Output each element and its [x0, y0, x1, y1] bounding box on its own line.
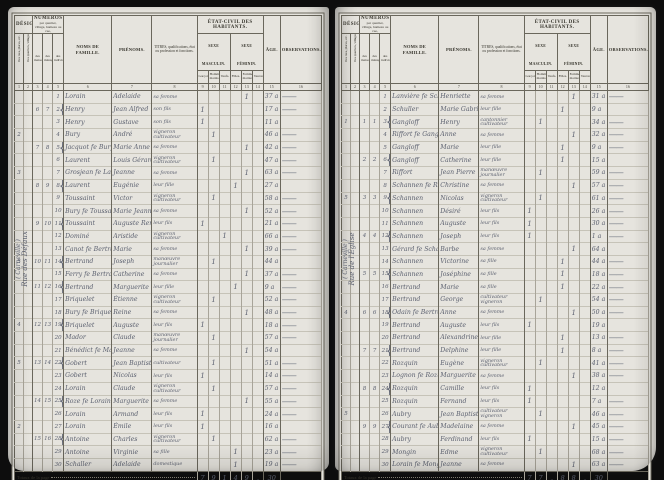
header-maisons: des maisons. [33, 34, 43, 84]
household-brace: { [59, 217, 64, 230]
cell-mark-veuves [252, 382, 263, 395]
cell-profession: vigneron cultivateur [479, 357, 524, 370]
cell-age: 8 a [590, 344, 607, 357]
cell-age: 14 a [263, 370, 280, 383]
cell-age: 13 a [590, 332, 607, 345]
header-titres: TITRES, qualifications, état ou professi… [152, 16, 197, 84]
cell-designation-2 [351, 420, 360, 433]
cell-profession: son fils [152, 103, 197, 116]
cell-surname: Lanvière fe Schuller [391, 91, 439, 104]
cell-designation-1 [15, 103, 24, 116]
cell-firstname: Eugène [439, 357, 479, 370]
cell-mark-veufs [219, 243, 230, 256]
cell-household-number [43, 382, 53, 395]
cell-mark-garcons [524, 154, 535, 167]
cell-designation-1: 5 [15, 357, 24, 370]
cell-mark-hommes-maries [208, 179, 219, 192]
cell-mark-hommes-maries [535, 332, 546, 345]
individual-number: 15 [54, 271, 62, 277]
cell-mark-veufs [546, 141, 557, 154]
household-brace: { [59, 255, 64, 268]
cell-profession: manœuvre journalier [479, 167, 524, 180]
cell-profession: vigneron cultivateur [152, 294, 197, 307]
header-titres: TITRES, qualifications, état ou professi… [479, 16, 524, 84]
cell-individual-number: 27 { [53, 420, 64, 433]
cell-household-number: 11 [43, 255, 53, 268]
cell-mark-hommes-maries: 1 [208, 357, 219, 370]
table-row: 4 12 13 19 { Briquelet Auguste leur fils… [15, 319, 322, 332]
cell-household-number [370, 141, 380, 154]
cell-mark-femmes-mariees: 1 [568, 129, 579, 142]
cell-profession: sa femme [152, 306, 197, 319]
cell-designation-1 [342, 395, 351, 408]
cell-mark-veufs [546, 433, 557, 446]
cell-mark-garcons: 1 [524, 205, 535, 218]
cell-mark-veuves [252, 217, 263, 230]
individual-number: 14 [381, 259, 389, 265]
total-filles: 4 [230, 471, 241, 480]
cell-individual-number: 15 { [380, 268, 391, 281]
cell-surname: Gangloff [391, 116, 439, 129]
cell-household-number [43, 91, 53, 104]
cell-firstname: Jean Alfred [112, 103, 152, 116]
cell-individual-number: 11 { [380, 217, 391, 230]
cell-mark-veuves [252, 205, 263, 218]
column-number: 3 [33, 84, 43, 91]
cell-household-number [43, 154, 53, 167]
cell-mark-veufs [219, 268, 230, 281]
table-row: 1 { Lanvière fe Schuller Henriette sa fe… [342, 91, 649, 104]
cell-profession: cantonnier cultivateur [479, 116, 524, 129]
cell-firstname: Henry [439, 116, 479, 129]
cell-mark-hommes-maries [535, 129, 546, 142]
cell-age: 39 a [263, 243, 280, 256]
cell-house-number: 1 [360, 116, 370, 129]
table-row: 2 2 6 { Gangloff Catherine leur fille 1 … [342, 154, 649, 167]
cell-mark-garcons [524, 268, 535, 281]
cell-designation-1 [15, 344, 24, 357]
cell-mark-garcons [197, 344, 208, 357]
cell-mark-garcons: 1 [524, 230, 535, 243]
table-row: 9 { Toussaint Victor vigneron cultivateu… [15, 192, 322, 205]
cell-household-number [43, 129, 53, 142]
table-row: 23 { Lognon fe Rozquin Marguerite sa fem… [342, 370, 649, 383]
cell-mark-veuves [579, 255, 590, 268]
cell-mark-veufs [219, 154, 230, 167]
table-row: 4 4 12 { Schannen Joseph leur fils 1 1 a… [342, 230, 649, 243]
cell-designation-2 [24, 294, 33, 307]
cell-mark-garcons [197, 433, 208, 446]
cell-age: 22 a [590, 281, 607, 294]
cell-surname: Gérard fe Schannen [391, 243, 439, 256]
cell-firstname: Jeanne [112, 167, 152, 180]
cell-mark-veufs [546, 192, 557, 205]
cell-mark-filles: 1 [557, 103, 568, 116]
cell-mark-garcons [524, 91, 535, 104]
cell-mark-femmes-mariees [241, 332, 252, 345]
cell-mark-veuves [579, 420, 590, 433]
cell-household-number [43, 268, 53, 281]
cell-mark-veufs [546, 179, 557, 192]
cell-household-number: 13 [43, 319, 53, 332]
cell-designation-2 [24, 243, 33, 256]
cell-mark-filles [230, 332, 241, 345]
cell-age: 61 a [590, 192, 607, 205]
cell-mark-veuves [579, 408, 590, 421]
cell-age: 23 a [263, 446, 280, 459]
cell-mark-garcons [524, 129, 535, 142]
cell-mark-filles [230, 116, 241, 129]
cell-mark-garcons: 1 [524, 395, 535, 408]
cell-house-number [33, 268, 43, 281]
table-row: 9 9 27 { Courant fe Aubry Madelaine sa f… [342, 420, 649, 433]
household-brace: { [59, 281, 64, 294]
column-number: 11 [219, 84, 230, 91]
cell-firstname: Joseph [112, 255, 152, 268]
cell-mark-femmes-mariees [241, 230, 252, 243]
cell-mark-garcons [197, 243, 208, 256]
cell-mark-femmes-mariees [568, 268, 579, 281]
cell-household-number: 1 [370, 116, 380, 129]
total-veuves: „ [252, 471, 263, 480]
cell-mark-filles [557, 319, 568, 332]
cell-age: 41 a [590, 357, 607, 370]
cell-mark-veuves [579, 129, 590, 142]
cell-observation: —— [280, 167, 321, 180]
cell-designation-2 [351, 179, 360, 192]
household-brace: { [59, 433, 64, 446]
cell-household-number [43, 167, 53, 180]
cell-designation-2 [24, 382, 33, 395]
total-garcons: 7 [197, 471, 208, 480]
column-number: 8 [152, 84, 197, 91]
cell-observation: —— [280, 243, 321, 256]
cell-surname: Antoine [64, 446, 112, 459]
cell-individual-number: 16 { [53, 281, 64, 294]
cell-individual-number: 18 { [380, 306, 391, 319]
header-designation-sub-1: Des rues, places, etc. [15, 34, 24, 84]
individual-number: 9 [54, 195, 62, 201]
cell-house-number [360, 433, 370, 446]
cell-designation-2 [24, 230, 33, 243]
cell-mark-femmes-mariees: 1 [241, 91, 252, 104]
cell-individual-number: 26 { [380, 408, 391, 421]
cell-individual-number: 3 { [380, 116, 391, 129]
cell-profession: sa femme [479, 420, 524, 433]
cell-firstname: Barbe [439, 243, 479, 256]
cell-age: 16 a [263, 420, 280, 433]
cell-mark-filles [557, 179, 568, 192]
cell-mark-filles: 1 [557, 141, 568, 154]
cell-mark-veufs [546, 344, 557, 357]
cell-observation: —— [607, 395, 648, 408]
cell-mark-veuves [579, 141, 590, 154]
individual-number: 17 [54, 297, 62, 303]
cell-mark-veuves [579, 230, 590, 243]
cell-observation: —— [607, 255, 648, 268]
table-row: 7 { Riffort Jean Pierre manœuvre journal… [342, 167, 649, 180]
cell-mark-hommes-maries: 1 [535, 192, 546, 205]
cell-mark-veuves [252, 344, 263, 357]
cell-individual-number: 29 { [53, 446, 64, 459]
cell-firstname: Auguste [439, 319, 479, 332]
cell-house-number: 8 [33, 179, 43, 192]
cell-individual-number: 10 { [380, 205, 391, 218]
cell-mark-femmes-mariees [241, 294, 252, 307]
cell-mark-femmes-mariees [241, 382, 252, 395]
cell-observation: —— [607, 370, 648, 383]
cell-age: 21 a [263, 217, 280, 230]
cell-observation: —— [280, 230, 321, 243]
cell-designation-1 [342, 420, 351, 433]
cell-individual-number: 8 { [380, 179, 391, 192]
cell-household-number: 6 [370, 306, 380, 319]
cell-designation-2 [24, 306, 33, 319]
cell-mark-garcons: 1 [197, 103, 208, 116]
cell-designation-1 [15, 306, 24, 319]
cell-firstname: Aristide [112, 230, 152, 243]
header-menages: des ménages. [43, 34, 53, 84]
cell-individual-number: 12 { [380, 230, 391, 243]
header-prenoms: PRÉNOMS. [439, 16, 479, 84]
cell-observation: —— [280, 91, 321, 104]
cell-household-number: 9 [370, 420, 380, 433]
cell-mark-veufs [546, 408, 557, 421]
cell-mark-femmes-mariees [241, 255, 252, 268]
cell-mark-veufs [219, 332, 230, 345]
column-number: 2 [24, 84, 33, 91]
cell-individual-number: 17 { [53, 294, 64, 307]
cell-mark-garcons [197, 281, 208, 294]
cell-mark-veuves [579, 446, 590, 459]
header-designation: DÉSIGNATION [342, 16, 360, 34]
cell-mark-veuves [252, 141, 263, 154]
cell-household-number [370, 167, 380, 180]
cell-observation: —— [280, 408, 321, 421]
cell-surname: Schannen [391, 192, 439, 205]
cell-mark-hommes-maries: 1 [535, 116, 546, 129]
cell-observation: —— [607, 217, 648, 230]
cell-designation-2 [24, 154, 33, 167]
cell-house-number: 9 [360, 420, 370, 433]
cell-mark-garcons [197, 306, 208, 319]
cell-designation-2 [351, 433, 360, 446]
cell-mark-hommes-maries [208, 243, 219, 256]
cell-mark-veufs [219, 192, 230, 205]
cell-household-number [43, 192, 53, 205]
cell-designation-2 [351, 192, 360, 205]
cell-mark-hommes-maries: 1 [535, 294, 546, 307]
cell-designation-2 [351, 255, 360, 268]
cell-individual-number: 6 { [380, 154, 391, 167]
cell-mark-veufs [546, 230, 557, 243]
cell-individual-number: 7 { [380, 167, 391, 180]
individual-number: 13 [54, 246, 62, 252]
cell-mark-filles [230, 420, 241, 433]
cell-mark-veuves [252, 433, 263, 446]
cell-profession: vigneron cultivateur [152, 154, 197, 167]
cell-observation: —— [280, 129, 321, 142]
cell-individual-number: 9 { [53, 192, 64, 205]
cell-profession: leur fils [479, 230, 524, 243]
cell-mark-veufs [546, 103, 557, 116]
cell-profession: leur fils [479, 319, 524, 332]
cell-firstname: Camille [439, 382, 479, 395]
cell-designation-2 [351, 103, 360, 116]
cell-mark-hommes-maries [208, 458, 219, 471]
cell-mark-veuves [252, 332, 263, 345]
table-row: 28 { Aubry Ferdinand leur fils 1 15 a —— [342, 433, 649, 446]
cell-surname: Rozquin [391, 357, 439, 370]
table-row: 5 { Gangloff Marie leur fille 1 9 a —— [342, 141, 649, 154]
cell-individual-number: 30 { [380, 458, 391, 471]
cell-firstname: Jeanne [112, 344, 152, 357]
cell-mark-veufs [219, 217, 230, 230]
cell-firstname: Nicolas [112, 370, 152, 383]
cell-mark-hommes-maries: 1 [208, 192, 219, 205]
cell-firstname: Jean Baptiste [439, 408, 479, 421]
total-garcons: 7 [524, 471, 535, 480]
cell-profession: leur fils [479, 433, 524, 446]
cell-house-number: 7 [360, 344, 370, 357]
cell-designation-1 [15, 281, 24, 294]
cell-mark-hommes-maries [208, 281, 219, 294]
cell-mark-veuves [579, 458, 590, 471]
cell-individual-number: 8 { [53, 179, 64, 192]
cell-mark-veufs [219, 370, 230, 383]
cell-individual-number: 14 { [380, 255, 391, 268]
cell-designation-1 [15, 230, 24, 243]
table-row: 20 { Bertrand Alexandrine leur fille 1 1… [342, 332, 649, 345]
cell-house-number [360, 255, 370, 268]
cell-house-number: 4 [360, 230, 370, 243]
cell-observation: —— [607, 458, 648, 471]
cell-mark-veufs [546, 382, 557, 395]
cell-profession: sa femme [152, 141, 197, 154]
cell-mark-veufs [219, 306, 230, 319]
cell-individual-number: 21 { [53, 344, 64, 357]
cell-surname: Courant fe Aubry [391, 420, 439, 433]
cell-surname: Lorain fe Mongin [391, 458, 439, 471]
cell-household-number: 12 [43, 281, 53, 294]
cell-house-number [33, 243, 43, 256]
individual-number: 12 [54, 233, 62, 239]
household-brace: { [386, 268, 391, 281]
cell-mark-garcons [197, 357, 208, 370]
cell-mark-femmes-mariees [568, 357, 579, 370]
cell-age: 38 a [590, 370, 607, 383]
individual-number: 3 [54, 119, 62, 125]
cell-house-number [360, 408, 370, 421]
cell-designation-2 [351, 154, 360, 167]
cell-house-number [33, 458, 43, 471]
cell-age: 37 a [263, 91, 280, 104]
cell-profession: sa fille [479, 268, 524, 281]
cell-mark-veuves [579, 357, 590, 370]
cell-profession: sa femme [152, 167, 197, 180]
cell-mark-hommes-maries: 1 [208, 332, 219, 345]
cell-mark-femmes-mariees [568, 332, 579, 345]
cell-house-number: 13 [33, 357, 43, 370]
table-row: 14 { Schannen Victorine sa fille 1 44 a … [342, 255, 649, 268]
cell-age: 52 a [263, 205, 280, 218]
cell-surname: Odain fe Bertrand [391, 306, 439, 319]
cell-mark-filles [557, 294, 568, 307]
rows: 1 { Lanvière fe Schuller Henriette sa fe… [342, 91, 649, 472]
cell-individual-number: 2 { [380, 103, 391, 116]
cell-designation-1 [15, 205, 24, 218]
cell-mark-hommes-maries [535, 268, 546, 281]
cell-age: 1 a [590, 230, 607, 243]
table-row: 10 { Schannen Désiré leur fils 1 26 a —— [342, 205, 649, 218]
cell-mark-garcons [197, 192, 208, 205]
cell-mark-femmes-mariees [568, 230, 579, 243]
cell-mark-veufs [546, 370, 557, 383]
cell-observation: —— [607, 167, 648, 180]
cell-designation-1 [342, 370, 351, 383]
household-brace: { [386, 306, 391, 319]
cell-designation-2 [24, 91, 33, 104]
cell-designation-2 [351, 217, 360, 230]
cell-age: 31 a [590, 91, 607, 104]
table-row: 17 { Briquelet Étienne vigneron cultivat… [15, 294, 322, 307]
cell-profession: manœuvre journalier [152, 255, 197, 268]
cell-mark-veuves [579, 167, 590, 180]
cell-age: 46 a [263, 129, 280, 142]
cell-designation-2 [24, 458, 33, 471]
cell-designation-1 [15, 458, 24, 471]
cell-profession: vigneron cultivateur [479, 446, 524, 459]
header-designation: DÉSIGNATION [15, 16, 33, 34]
cell-mark-veuves [579, 217, 590, 230]
cell-mark-garcons [197, 382, 208, 395]
total-veufs: 1 [219, 471, 230, 480]
cell-observation [280, 420, 321, 433]
cell-firstname: André [112, 129, 152, 142]
cell-mark-veufs [219, 103, 230, 116]
column-number: 1 [15, 84, 24, 91]
cell-firstname: Virginie [112, 446, 152, 459]
header-age: ÂGE. [263, 16, 280, 84]
cell-surname: Roze fe Lorain [64, 395, 112, 408]
cell-designation-2 [24, 332, 33, 345]
cell-surname: Bertrand [391, 319, 439, 332]
cell-profession: sa fille [479, 281, 524, 294]
cell-surname: Gobert [64, 370, 112, 383]
cell-mark-veufs [219, 129, 230, 142]
cell-mark-hommes-maries [535, 281, 546, 294]
cell-mark-veuves [252, 167, 263, 180]
cell-surname: Bury [64, 129, 112, 142]
cell-house-number [360, 141, 370, 154]
cell-household-number [370, 446, 380, 459]
column-number: 1 [342, 84, 351, 91]
cell-designation-1: 1 [342, 116, 351, 129]
cell-mark-femmes-mariees: 1 [568, 243, 579, 256]
cell-designation-2 [24, 344, 33, 357]
cell-mark-hommes-maries: 1 [208, 129, 219, 142]
cell-individual-number: 27 { [380, 420, 391, 433]
cell-mark-veuves [579, 370, 590, 383]
cell-firstname: Catherine [439, 154, 479, 167]
cell-designation-2 [351, 446, 360, 459]
cell-mark-garcons: 1 [197, 370, 208, 383]
cell-individual-number: 9 { [380, 192, 391, 205]
cell-designation-2 [351, 458, 360, 471]
cell-mark-garcons [197, 167, 208, 180]
cell-surname: Lorain [64, 382, 112, 395]
cell-mark-garcons [524, 306, 535, 319]
